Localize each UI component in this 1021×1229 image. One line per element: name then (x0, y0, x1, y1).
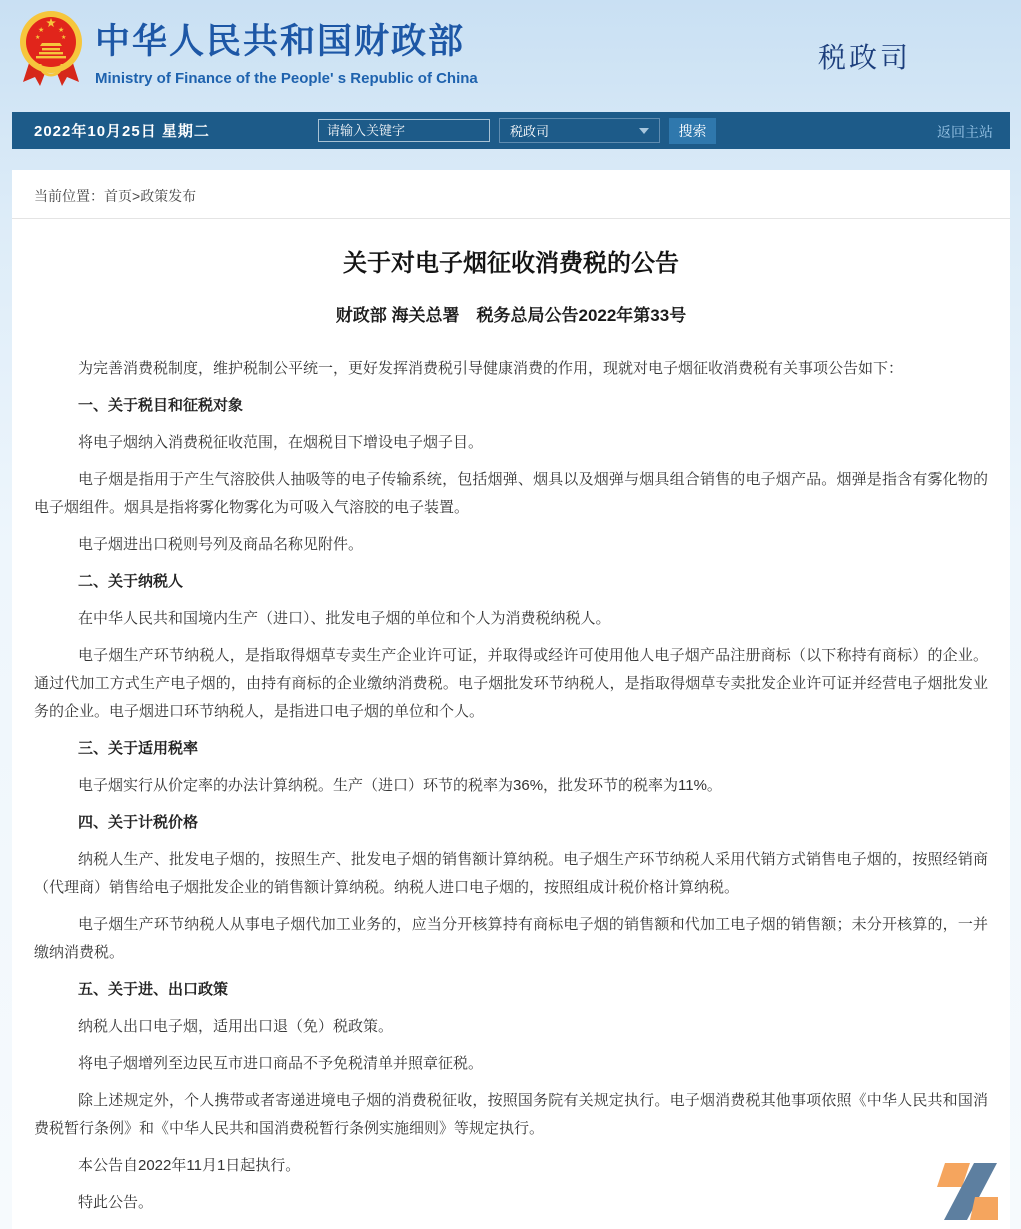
chevron-down-icon (639, 128, 649, 134)
paragraph: 电子烟实行从价定率的办法计算纳税。生产（进口）环节的税率为36%，批发环节的税率… (34, 772, 988, 800)
search-button[interactable]: 搜索 (669, 118, 716, 144)
paragraph: 电子烟是指用于产生气溶胶供人抽吸等的电子传输系统，包括烟弹、烟具以及烟弹与烟具组… (34, 466, 988, 522)
document-number: 财政部 海关总署 税务总局公告2022年第33号 (12, 304, 1010, 328)
search-scope-value: 税政司 (510, 121, 549, 140)
breadcrumb-home-link[interactable]: 首页 (104, 188, 132, 204)
paragraph: 电子烟生产环节纳税人，是指取得烟草专卖生产企业许可证，并取得或经许可使用他人电子… (34, 642, 988, 726)
department-title[interactable]: 税政司 (818, 36, 911, 76)
site-header: ★ ★ ★ ★ 中华人民共和国财政部 Ministry of Finance o… (0, 0, 1021, 110)
paragraph: 本公告自2022年11月1日起执行。 (34, 1152, 988, 1180)
navbar: 2022年10月25日 星期二 税政司 搜索 返回主站 (12, 112, 1010, 149)
section-heading: 一、关于税目和征税对象 (34, 392, 988, 420)
paragraph: 特此公告。 (34, 1189, 988, 1217)
paragraph: 在中华人民共和国境内生产（进口）、批发电子烟的单位和个人为消费税纳税人。 (34, 605, 988, 633)
svg-text:★: ★ (58, 26, 64, 34)
site-title: 中华人民共和国财政部 (95, 14, 478, 64)
return-home-link[interactable]: 返回主站 (937, 122, 993, 142)
svg-text:★: ★ (38, 26, 44, 34)
breadcrumb: 当前位置：首页>政策发布 (12, 170, 1010, 219)
article-body: 为完善消费税制度，维护税制公平统一，更好发挥消费税引导健康消费的作用，现就对电子… (12, 328, 1010, 1217)
section-heading: 五、关于进、出口政策 (34, 976, 988, 1004)
breadcrumb-policy-link[interactable]: 政策发布 (140, 188, 196, 204)
paragraph: 将电子烟纳入消费税征收范围，在烟税目下增设电子烟子目。 (34, 429, 988, 457)
search-scope-select[interactable]: 税政司 (499, 118, 660, 143)
section-heading: 四、关于计税价格 (34, 809, 988, 837)
breadcrumb-label: 当前位置： (34, 188, 104, 204)
corner-watermark-logo (934, 1156, 1000, 1229)
paragraph: 为完善消费税制度，维护税制公平统一，更好发挥消费税引导健康消费的作用，现就对电子… (34, 355, 988, 383)
current-date: 2022年10月25日 星期二 (34, 120, 210, 141)
paragraph: 纳税人出口电子烟，适用出口退（免）税政策。 (34, 1013, 988, 1041)
site-title-block[interactable]: 中华人民共和国财政部 Ministry of Finance of the Pe… (95, 14, 478, 87)
paragraph: 电子烟进出口税则号列及商品名称见附件。 (34, 531, 988, 559)
paragraph: 电子烟生产环节纳税人从事电子烟代加工业务的，应当分开核算持有商标电子烟的销售额和… (34, 911, 988, 967)
national-emblem-icon[interactable]: ★ ★ ★ ★ (18, 8, 84, 90)
svg-text:★: ★ (61, 34, 66, 41)
paragraph: 将电子烟增列至边民互市进口商品不予免税清单并照章征税。 (34, 1050, 988, 1078)
paragraph: 纳税人生产、批发电子烟的，按照生产、批发电子烟的销售额计算纳税。电子烟生产环节纳… (34, 846, 988, 902)
content-panel: 当前位置：首页>政策发布 关于对电子烟征收消费税的公告 财政部 海关总署 税务总… (12, 170, 1010, 1229)
search-input[interactable] (318, 119, 490, 142)
section-heading: 三、关于适用税率 (34, 735, 988, 763)
site-subtitle: Ministry of Finance of the People' s Rep… (95, 70, 478, 87)
article-title: 关于对电子烟征收消费税的公告 (42, 247, 980, 280)
section-heading: 二、关于纳税人 (34, 568, 988, 596)
breadcrumb-separator: > (132, 188, 140, 204)
svg-text:★: ★ (35, 34, 40, 41)
paragraph: 除上述规定外，个人携带或者寄递进境电子烟的消费税征收，按照国务院有关规定执行。电… (34, 1087, 988, 1143)
